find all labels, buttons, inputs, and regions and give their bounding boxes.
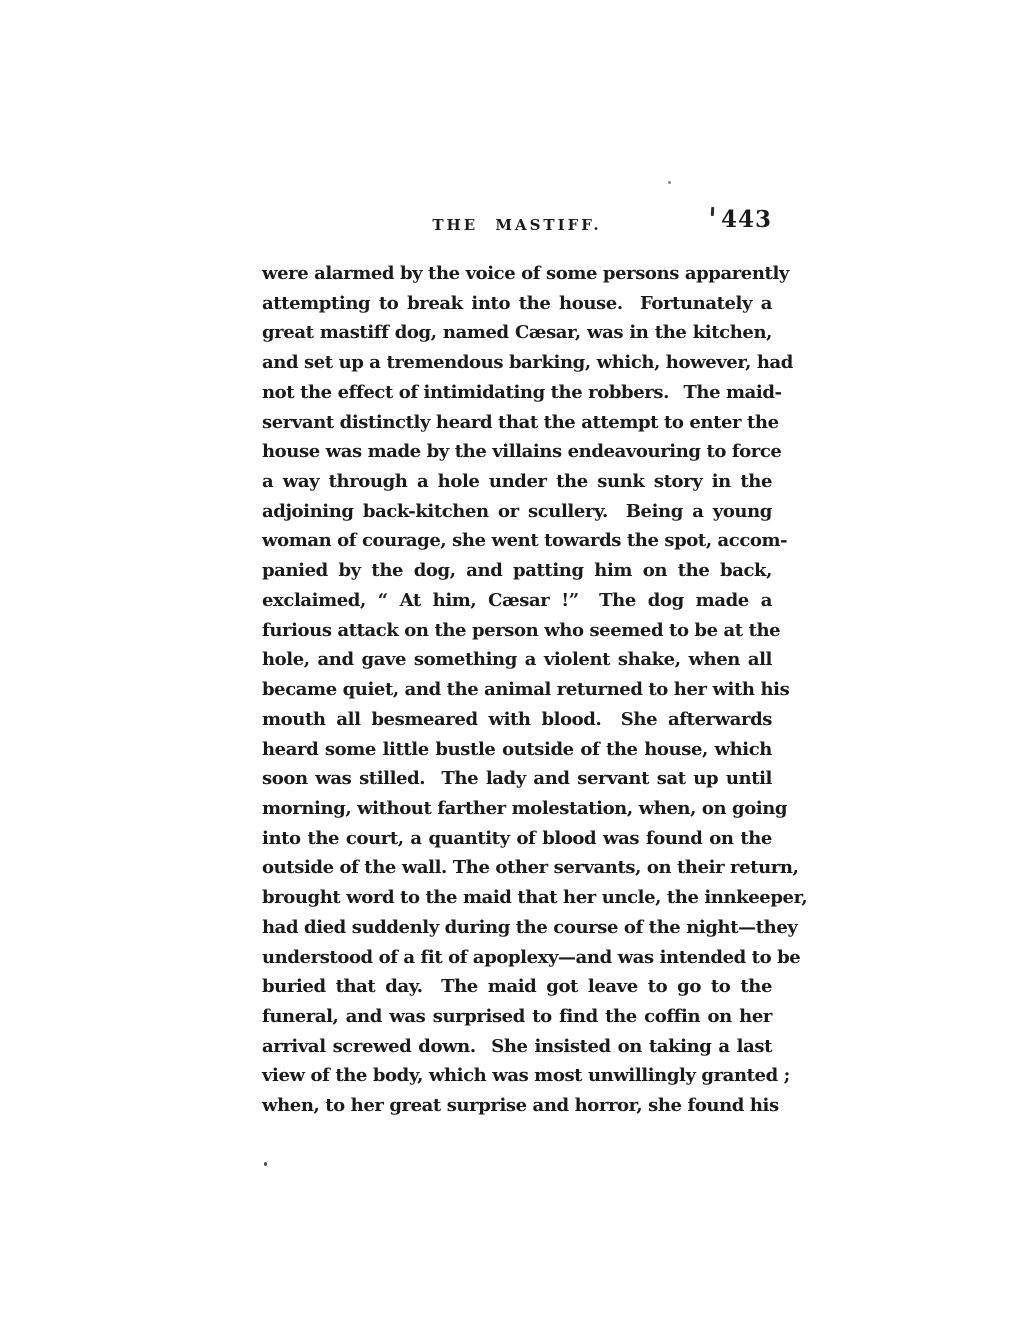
text-line: when, to her great surprise and horror, …: [262, 1091, 772, 1121]
text-line: outside of the wall. The other servants,…: [262, 853, 772, 883]
text-line: became quiet, and the animal returned to…: [262, 675, 772, 705]
text-line: servant distinctly heard that the attemp…: [262, 408, 772, 438]
text-line: a way through a hole under the sunk stor…: [262, 467, 772, 497]
book-page: THE MASTIFF. 443 were alarmed by the voi…: [0, 0, 1033, 1339]
text-line: had died suddenly during the course of t…: [262, 913, 772, 943]
text-line: not the effect of intimidating the robbe…: [262, 378, 772, 408]
text-line: brought word to the maid that her uncle,…: [262, 883, 772, 913]
scan-speck: [668, 181, 671, 184]
text-line: heard some little bustle outside of the …: [262, 735, 772, 765]
text-line: soon was stilled. The lady and servant s…: [262, 764, 772, 794]
text-line: buried that day. The maid got leave to g…: [262, 972, 772, 1002]
scan-speck: [264, 1162, 267, 1166]
text-line: panied by the dog, and patting him on th…: [262, 556, 772, 586]
text-line: morning, without farther molestation, wh…: [262, 794, 772, 824]
text-line: understood of a fit of apoplexy—and was …: [262, 943, 772, 973]
text-line: into the court, a quantity of blood was …: [262, 824, 772, 854]
text-line: and set up a tremendous barking, which, …: [262, 348, 772, 378]
page-number: 443: [662, 206, 772, 233]
text-line: adjoining back-kitchen or scullery. Bein…: [262, 497, 772, 527]
text-line: arrival screwed down. She insisted on ta…: [262, 1032, 772, 1062]
body-text: were alarmed by the voice of some person…: [262, 259, 772, 1121]
text-line: funeral, and was surprised to find the c…: [262, 1002, 772, 1032]
text-line: hole, and gave something a violent shake…: [262, 645, 772, 675]
text-line: exclaimed, “ At him, Cæsar !” The dog ma…: [262, 586, 772, 616]
text-line: woman of courage, she went towards the s…: [262, 526, 772, 556]
text-line: house was made by the villains endeavour…: [262, 437, 772, 467]
text-line: mouth all besmeared with blood. She afte…: [262, 705, 772, 735]
text-line: great mastiff dog, named Cæsar, was in t…: [262, 318, 772, 348]
text-line: view of the body, which was most unwilli…: [262, 1061, 772, 1091]
text-line: furious attack on the person who seemed …: [262, 616, 772, 646]
text-line: were alarmed by the voice of some person…: [262, 259, 772, 289]
text-line: attempting to break into the house. Fort…: [262, 289, 772, 319]
